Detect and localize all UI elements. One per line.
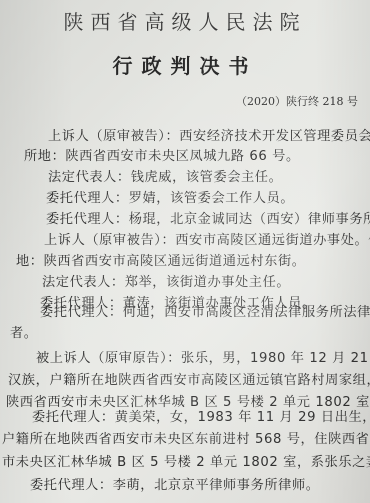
party-line: 地：陕西省西安市高陵区通远街道通远村东街。 (0, 250, 370, 269)
party-line: 委托代理人：黄美荣，女，1983 年 11 月 29 日出生，汉族， (0, 406, 370, 425)
party-line: 上诉人（原审被告）：西安经济技术开发区管理委员会。住 (0, 125, 370, 144)
party-line: 委托代理人：杨琨，北京金诚同达（西安）律师事务所律师。 (0, 208, 370, 227)
court-name: 陕西省高级人民法院 (0, 6, 370, 35)
document-page: 陕西省高级人民法院 行政判决书 （2020）陕行终 218 号 上诉人（原审被告… (0, 0, 370, 503)
document-type-title: 行政判决书 (0, 50, 370, 79)
party-line: 法定代表人：郑举，该街道办事处主任。 (0, 271, 370, 290)
party-line: 被上诉人（原审原告）：张乐，男，1980 年 12 月 21 日出生， (0, 347, 370, 366)
party-line: 上诉人（原审被告）：西安市高陵区通远街道办事处。住所 (0, 229, 370, 248)
party-line: 所地：陕西省西安市未央区凤城九路 66 号。 (0, 145, 370, 164)
party-line: 市未央区汇林华城 B 区 5 号楼 2 单元 1802 室，系张乐之妻。 (0, 451, 370, 470)
party-line: 者。 (0, 322, 370, 341)
party-line: 委托代理人：罗婧，该管委会工作人员。 (0, 187, 370, 206)
party-line: 委托代理人：何迪，西安市高陵区泾渭法律服务所法律工作 (0, 301, 370, 320)
party-line: 委托代理人：李萌，北京京平律师事务所律师。 (0, 474, 370, 493)
party-line: 汉族，户籍所在地陕西省西安市高陵区通远镇官路村周家组，住 (0, 369, 370, 388)
party-line: 户籍所在地陕西省西安市未央区东前进村 568 号，住陕西省西安 (0, 428, 370, 447)
case-number: （2020）陕行终 218 号 (236, 93, 358, 109)
party-line: 法定代表人：钱虎威，该管委会主任。 (0, 166, 370, 185)
